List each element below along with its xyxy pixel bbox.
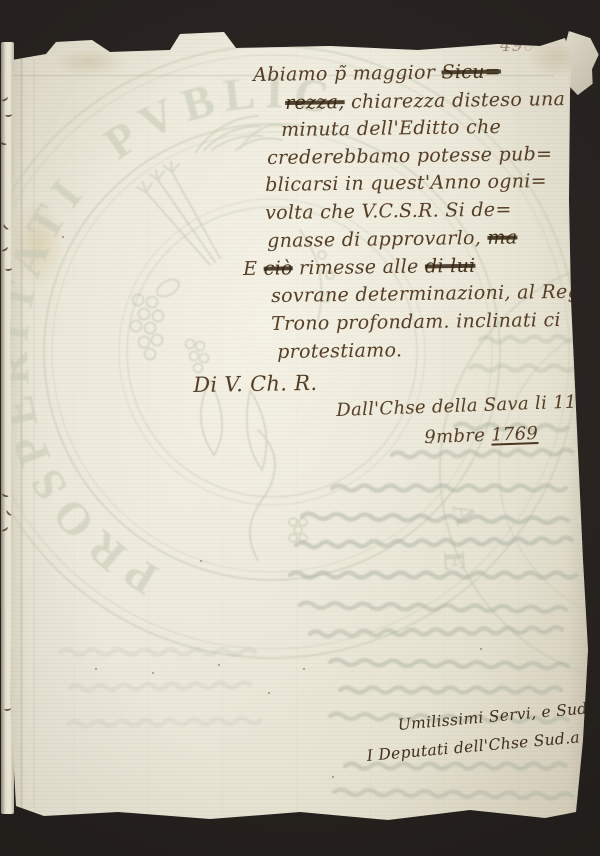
manuscript-text: protestiamo. — [277, 339, 402, 363]
seal-inner-ring — [52, 132, 492, 572]
bleed-through-line — [296, 538, 572, 548]
bleed-through-line — [332, 486, 566, 491]
manuscript-text: crederebbamo potesse pub= — [267, 143, 552, 169]
bleed-through-line — [68, 718, 260, 726]
bleed-through-line — [334, 790, 572, 799]
paper-speck — [430, 442, 432, 444]
paper-speck — [62, 236, 64, 238]
bleed-through-line — [300, 603, 566, 613]
secondary-ring-letter: E — [437, 550, 471, 572]
paper-speck — [268, 692, 270, 694]
bleed-through-line — [70, 682, 250, 690]
year-underlined: 1769 — [491, 423, 539, 446]
paper-speck — [520, 430, 522, 432]
dateline-month: 9mbre — [424, 425, 492, 448]
bleed-through-line — [290, 573, 576, 578]
manuscript-line: rezza, chiarezza disteso una — [285, 88, 565, 114]
bleed-through-line — [340, 688, 561, 693]
paper-speck — [480, 648, 482, 650]
paper-speck — [95, 668, 97, 670]
manuscript-line: crederebbamo potesse pub= — [267, 143, 552, 169]
manuscript-line: sovrane determinazioni, al Regio — [271, 280, 598, 307]
manuscript-text: sovrane determinazioni, al Regio — [271, 280, 598, 307]
folio-number: 490 — [500, 36, 535, 56]
manuscript-text: volta che V.C.S.R. Si de= — [265, 199, 512, 224]
bleed-through-line — [302, 514, 568, 524]
manuscript-text: gnasse di approvarlo, — [267, 227, 488, 252]
bleed-through-line — [470, 366, 574, 371]
manuscript-line: protestiamo. — [277, 339, 402, 363]
paper-speck — [218, 664, 220, 666]
manuscript-text: rimesse alle — [293, 255, 426, 279]
struck-text: rezza, — [285, 91, 345, 114]
manuscript-line: gnasse di approvarlo, ma — [267, 227, 518, 252]
grape-cluster-motif — [131, 276, 209, 373]
manuscript-photo: PROSPERITATI PVBLIC — [0, 0, 600, 856]
manuscript-text: blicarsi in quest'Anno ogni= — [265, 170, 547, 196]
manuscript-line: Trono profondam. inclinati ci — [271, 309, 561, 335]
struck-text: ma — [487, 227, 517, 249]
manuscript-text: E — [243, 258, 264, 280]
bleed-through-line — [345, 764, 566, 769]
salutation: Di V. Ch. R. — [193, 371, 318, 397]
manuscript-line: E ciò rimesse alle di lui — [243, 255, 476, 280]
paper-speck — [303, 668, 305, 670]
bleed-through-line — [480, 336, 576, 343]
folio-faint-digit: 0 — [524, 36, 536, 56]
struck-text: Sicu= — [441, 61, 501, 84]
manuscript-text: Trono profondam. inclinati ci — [271, 309, 561, 335]
paper-speck — [484, 150, 486, 152]
manuscript-line: blicarsi in quest'Anno ogni= — [265, 170, 547, 196]
manuscript-text: Abiamo p̃ maggior — [253, 61, 442, 86]
bleed-through-line — [310, 627, 562, 636]
bleed-through-line — [330, 660, 568, 669]
manuscript-line: minuta dell'Editto che — [281, 116, 501, 141]
paper-speck — [152, 672, 154, 674]
paper-speck — [200, 560, 202, 562]
bleed-through-line — [392, 449, 572, 457]
folio-digits: 49 — [500, 36, 524, 56]
manuscript-line: Abiamo p̃ maggior Sicu= — [253, 61, 501, 86]
paper-sheet: PROSPERITATI PVBLIC — [0, 0, 600, 856]
manuscript-text: chiarezza disteso una — [345, 88, 566, 113]
manuscript-line: volta che V.C.S.R. Si de= — [265, 199, 512, 224]
manuscript-text: minuta dell'Editto che — [281, 116, 501, 141]
struck-text: di lui — [425, 255, 476, 278]
paper-speck — [332, 776, 334, 778]
struck-text: ciò — [264, 257, 293, 279]
dateline-date: 9mbre 1769 — [424, 423, 539, 448]
